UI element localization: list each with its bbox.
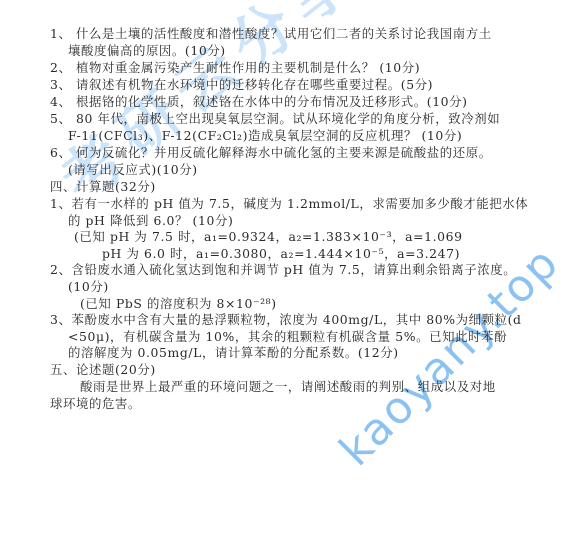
question-1-line-2: 壤酸度偏高的原因。(10分)	[68, 43, 226, 59]
calc-2-line-1: 2、含铅废水通入硫化氢达到饱和并调节 pH 值为 7.5，请算出剩余铅离子浓度。	[50, 262, 516, 278]
question-5-line-1: 5、 80 年代，南极上空出现臭氧层空洞。试从环境化学的角度分析，致冷剂如	[50, 111, 500, 127]
calc-2-given: (已知 PbS 的溶度积为 8×10⁻²⁸)	[80, 296, 277, 312]
calc-3-line-2: <50μ)，有机碳含量为 10%，其余的粗颗粒有机碳含量 5%。已知此时苯酚	[68, 329, 507, 345]
question-6-line-1: 6、 何为反硫化？并用反硫化解释海水中硫化氢的主要来源是硫酸盐的还原。	[50, 145, 492, 161]
question-1-line-1: 1、 什么是土壤的活性酸度和潜性酸度？试用它们二者的关系讨论我国南方土	[50, 26, 492, 42]
exam-page: 考研云分享 kaoyany.top 1、 什么是土壤的活性酸度和潜性酸度？试用它…	[0, 0, 583, 547]
question-3: 3、 请叙述有机物在水环境中的迁移转化存在哪些重要过程。(5分)	[50, 77, 433, 93]
question-2: 2、 植物对重金属污染产生耐性作用的主要机制是什么？ (10分)	[50, 60, 420, 76]
question-4: 4、 根据铬的化学性质，叙述铬在水体中的分布情况及迁移形式。(10分)	[50, 94, 468, 110]
essay-line-1: 酸雨是世界上最严重的环境问题之一，请阐述酸雨的判别、组成以及对地	[80, 379, 496, 395]
section-5-heading: 五、论述题(20分)	[50, 362, 156, 378]
calc-3-line-1: 3、苯酚废水中含有大量的悬浮颗粒物，浓度为 400mg/L，其中 80%为细颗粒…	[50, 312, 522, 328]
question-6-line-2: (请写出反应式)(10分)	[68, 162, 198, 178]
section-4-heading: 四、计算题(32分)	[50, 179, 156, 195]
calc-1-line-2: 的 pH 降低到 6.0？ (10分)	[68, 213, 233, 229]
essay-line-2: 球环境的危害。	[50, 396, 141, 412]
calc-3-line-3: 的溶解度为 0.05mg/L，请计算苯酚的分配系数。(12分)	[68, 345, 399, 361]
calc-1-given-1: (已知 pH 为 7.5 时，a₁=0.9324，a₂=1.383×10⁻³，a…	[74, 229, 463, 245]
calc-2-line-2: (10分)	[68, 279, 109, 295]
calc-1-line-1: 1、若有一水样的 pH 值为 7.5，碱度为 1.2mmol/L，求需要加多少酸…	[50, 196, 528, 212]
calc-1-given-2: pH 为 6.0 时，a₁=0.3080，a₂=1.444×10⁻⁵，a=3.2…	[102, 246, 460, 262]
question-5-line-2: F-11(CFCl₃)、F-12(CF₂Cl₂)造成臭氧层空洞的反应机理？ (1…	[68, 128, 462, 144]
